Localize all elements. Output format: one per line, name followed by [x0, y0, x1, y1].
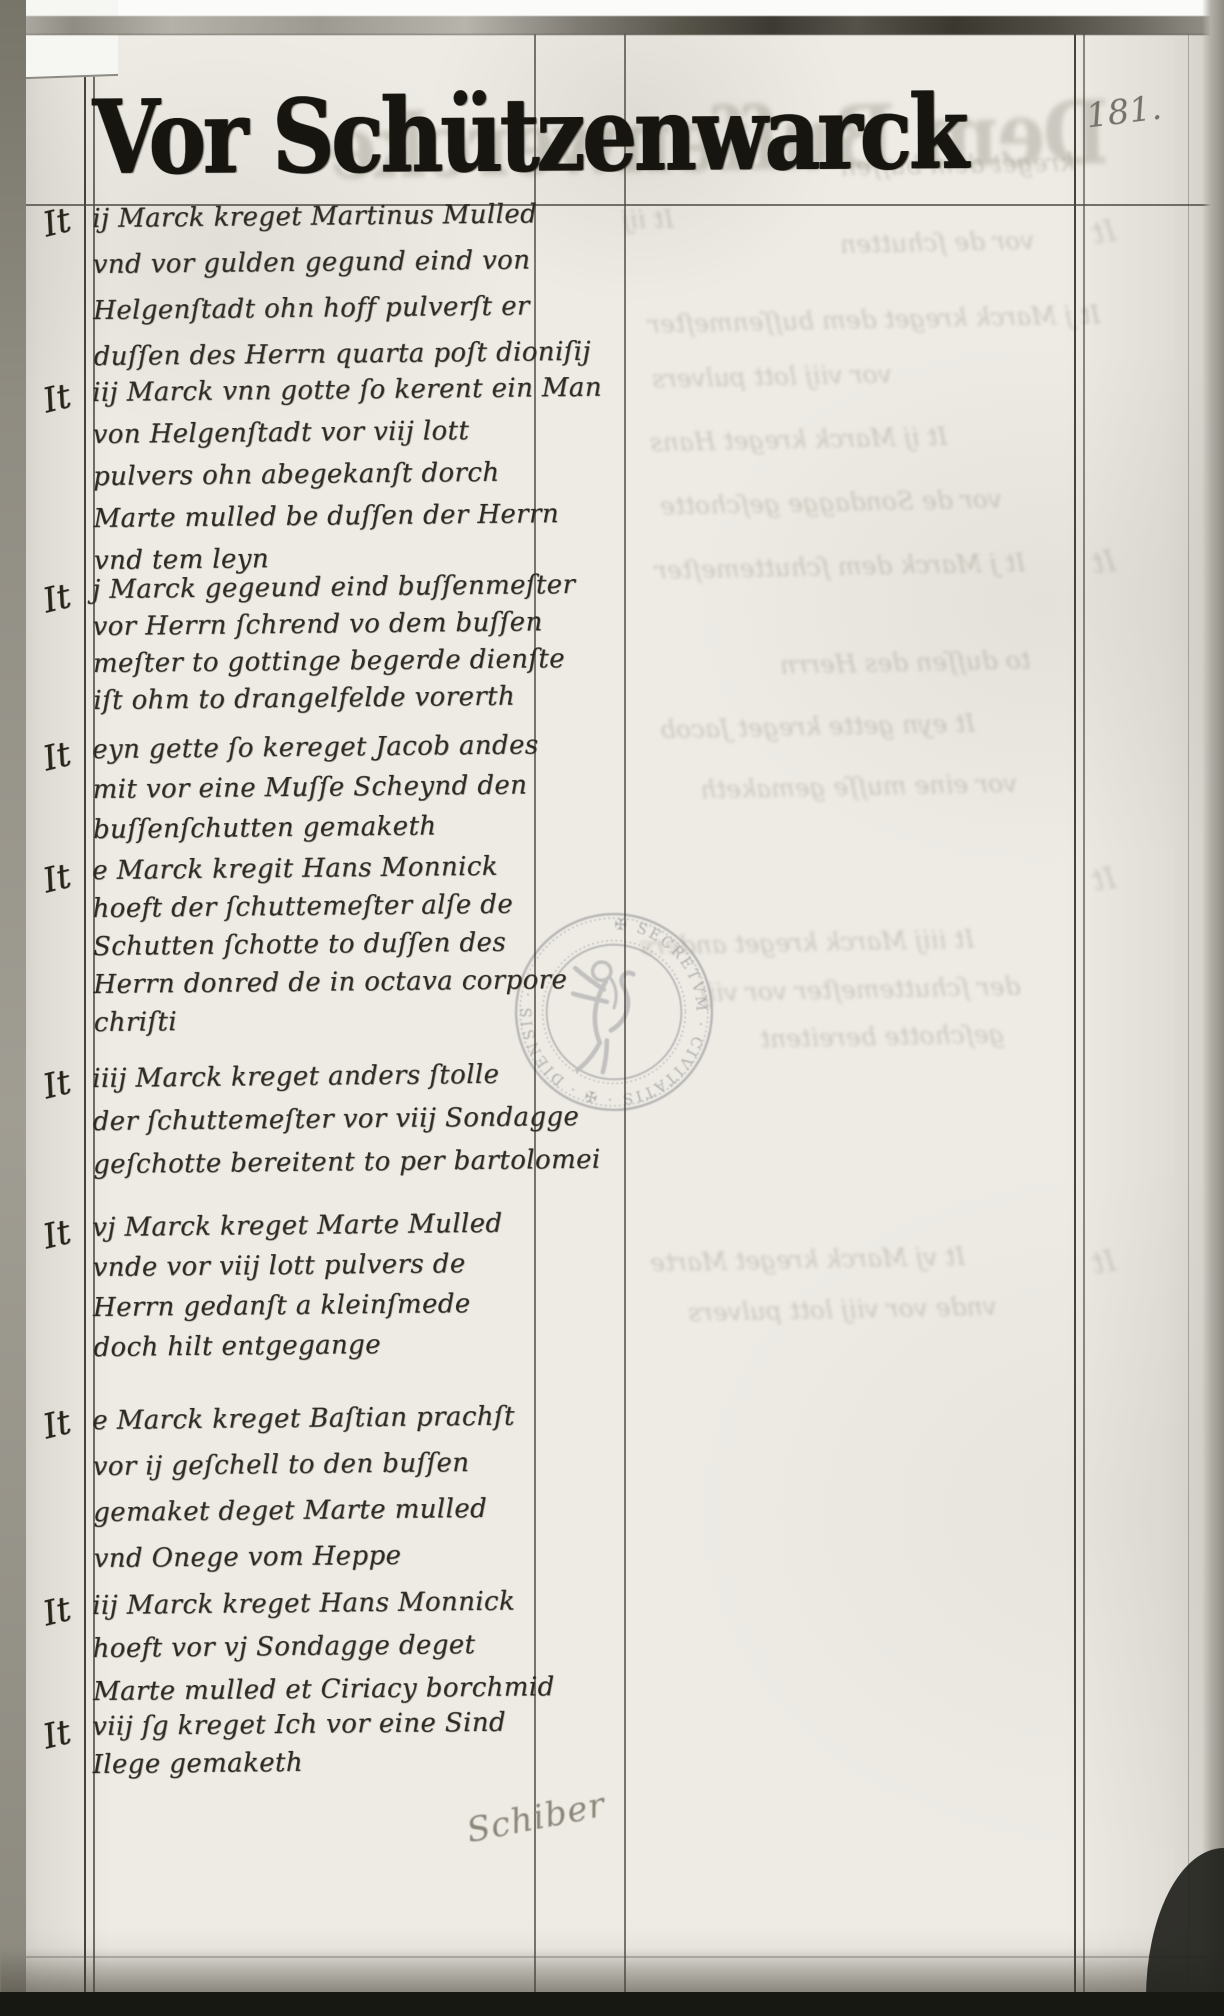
entry-item-mark: It	[39, 850, 97, 901]
entry-line: geſchotte bereitent to per bartolomei	[93, 1139, 601, 1187]
page-number: 181.	[1084, 88, 1164, 137]
entry-line: hoeft der ſchuttemeſter alſe de	[92, 885, 566, 928]
entry-line: e Marck kregit Hans Monnick	[92, 847, 566, 890]
entry-item-mark: It	[39, 1583, 97, 1634]
ghost-line: vor de ſchutten	[840, 226, 1035, 259]
entry-line: Herrn gedanſt a kleinſmede	[93, 1284, 504, 1328]
ledger-entry: It iij Marck vnn gotte ſo kerent ein Man…	[42, 372, 602, 582]
entry-line: ij Marck kreget Martinus Mulled	[92, 191, 590, 242]
ghost-line: vnde vor viij lott pulvers	[688, 1292, 997, 1327]
entry-line: gemaket deget Marte mulled	[93, 1486, 516, 1536]
entry-item-mark: It	[39, 1706, 97, 1757]
entry-item-mark: It	[39, 1056, 97, 1107]
entry-item-mark: It	[39, 194, 97, 245]
ledger-entry: It e Marck kreget Baſtian prachſt vor ij…	[42, 1398, 515, 1582]
entry-line: Schutten ſchotte to duſſen des	[93, 923, 567, 966]
entry-item-mark: It	[39, 370, 97, 421]
column-rule-right-outer	[1074, 24, 1076, 1996]
scribe-signature: Schiber	[463, 1785, 608, 1851]
entry-line: vor ij geſchell to den buſſen	[92, 1440, 515, 1490]
ledger-entry: It iiij Marck kreget anders ſtolle der ſ…	[42, 1058, 600, 1187]
ghost-margin-mark: It	[1090, 861, 1119, 899]
ghost-margin-mark: It	[1090, 214, 1119, 252]
entry-line: j Marck gegeund eind buſſenmeſter	[92, 567, 576, 609]
ghost-line: geſchotte bereitent	[760, 1019, 1005, 1053]
entry-line: buſſenſchutten gemaketh	[93, 805, 540, 850]
ledger-entry: It viij ſg kreget Ich vor eine Sind Ileg…	[42, 1708, 506, 1784]
ledger-entry: It eyn gette ſo kereget Jacob andes mit …	[42, 730, 538, 850]
manuscript-scan-page: Dem Buſſenwercke kreget dem buſſen It ii…	[0, 0, 1224, 2016]
column-rule-mid-right	[624, 24, 626, 1996]
ledger-entry: It e Marck kregit Hans Monnick hoeft der…	[42, 852, 566, 1042]
page-edge-bottom-shadow	[0, 1948, 1224, 1994]
column-rule-margin-faint	[1188, 24, 1189, 1996]
ledger-entry: It vj Marck kreget Marte Mulled vnde vor…	[42, 1208, 502, 1368]
ghost-line: It vj Marck kreget Marte	[650, 1242, 966, 1278]
entry-line: iij Marck kreget Hans Monnick	[92, 1580, 554, 1628]
ghost-line: It eyn gette kreget Jacob	[660, 709, 976, 745]
ghost-margin-mark: It	[1090, 1244, 1119, 1282]
entry-line: iiij Marck kreget anders ſtolle	[92, 1053, 600, 1101]
ghost-line: der ſchuttemeſter vor viij	[700, 972, 1021, 1008]
entry-line: chriſti	[94, 999, 568, 1042]
entry-line: Ilege gemaketh	[92, 1742, 506, 1784]
ledger-entry: It j Marck gegeund eind buſſenmeſter vor…	[42, 572, 575, 720]
entry-line: iij Marck vnn gotte ſo kerent ein Man	[92, 367, 602, 414]
entry-line: der ſchuttemeſter vor viij Sondagge	[92, 1096, 600, 1144]
page-edge-bottom	[0, 1992, 1224, 2016]
entry-line: von Helgenſtadt vor viij lott	[92, 409, 602, 456]
ghost-line: to duſſen des Herrn	[780, 645, 1031, 679]
entry-line: meſter to gottinge begerde dienſte	[93, 641, 577, 683]
section-heading: Vor Schützenwarck	[92, 73, 973, 198]
entry-line: e Marck kreget Baſtian prachſt	[92, 1394, 515, 1444]
entry-line: vnd Onege vom Heppe	[93, 1532, 516, 1582]
ghost-line: It j Marck kreget dem buſſenmeſter	[648, 300, 1101, 338]
entry-line: vnde vor viij lott pulvers de	[92, 1244, 503, 1288]
entry-item-mark: It	[39, 1396, 97, 1447]
ledger-entry: It ij Marck kreget Martinus Mulled vnd v…	[42, 196, 589, 380]
entry-line: mit vor eine Muſſe Scheynd den	[92, 765, 539, 810]
entry-item-mark: It	[39, 728, 97, 779]
ghost-line: It ij Marck kreget Hans	[650, 422, 948, 457]
entry-line: doch hilt entgegange	[93, 1324, 504, 1368]
entry-item-mark: It	[39, 1206, 97, 1257]
entry-item-mark: It	[39, 570, 97, 621]
page-edge-top-ragged	[0, 16, 1224, 35]
column-rule-right-inner	[1083, 24, 1085, 1996]
entry-line: Herrn donred de in octava corpore	[93, 961, 567, 1004]
entry-line: vor Herrn ſchrend vo dem buſſen	[92, 604, 576, 646]
entry-line: eyn gette ſo kereget Jacob andes	[92, 725, 539, 770]
ghost-line: It j Marck dem ſchuttemeſter	[655, 548, 1026, 585]
ghost-margin-mark: It	[1090, 544, 1119, 582]
entry-line: viij ſg kreget Ich vor eine Sind	[92, 1704, 506, 1746]
entry-line: vj Marck kreget Marte Mulled	[92, 1204, 503, 1248]
ghost-line: It iij	[622, 204, 674, 234]
entry-line: hoeft vor vj Sondagge deget	[92, 1623, 554, 1671]
entry-line: Helgenſtadt ohn hoff pulverſt er	[93, 283, 591, 334]
entry-line: iſt ohm to drangelfelde vorerth	[93, 678, 577, 720]
entry-line: pulvers ohn abegekanſt dorch	[93, 451, 603, 498]
ghost-line: vor de Sondagge geſchotte	[660, 484, 1002, 520]
page-corner-curl	[1146, 1848, 1224, 1998]
ghost-line: vor eine muſſe gemaketh	[700, 769, 1018, 805]
page-edge-right	[1202, 0, 1224, 2016]
ledger-entry: It iij Marck kreget Hans Monnick hoeft v…	[42, 1585, 554, 1714]
ghost-line: vor viij lott pulvers	[652, 359, 892, 393]
entry-line: vnd vor gulden gegund eind von	[92, 237, 590, 288]
page-edge-gutter	[0, 0, 26, 2016]
entry-line: Marte mulled be duſſen der Herrn	[93, 493, 603, 540]
